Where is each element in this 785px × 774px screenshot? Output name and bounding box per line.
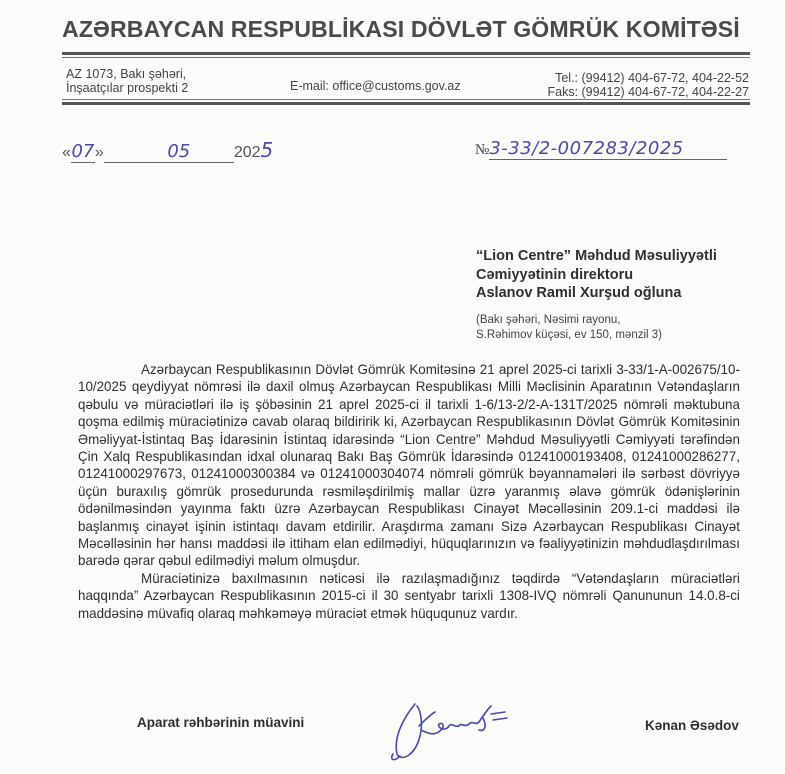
date-year-handwritten: 5 <box>261 138 274 162</box>
letter-body: Azərbaycan Respublikasının Dövlət Gömrük… <box>78 361 740 622</box>
header-rule-bottom-thin <box>62 99 750 100</box>
addressee-block: “Lion Centre” Məhdud Məsuliyyətli Cəmiyy… <box>476 247 717 303</box>
body-paragraph-2: Müraciətinizə baxılmasının nəticəsi ilə … <box>78 570 740 622</box>
header-rule-bottom-thick <box>62 102 750 105</box>
handwritten-signature-icon <box>375 696 525 771</box>
reference-value: 3-33/2-007283/2025 <box>489 138 683 159</box>
date-day-field: 07 <box>71 141 95 163</box>
phone-block: Tel.: (99412) 404-67-72, 404-22-52 Faks:… <box>547 71 749 99</box>
reference-field: 3-33/2-007283/2025 <box>489 138 727 160</box>
letter-date: «07»052025 <box>62 138 273 163</box>
addressee-company: “Lion Centre” Məhdud Məsuliyyətli <box>476 247 717 266</box>
date-close-quote: » <box>95 144 104 161</box>
addressee-name: Aslanov Ramil Xurşud oğluna <box>476 284 717 303</box>
reference-prefix: № <box>475 142 489 158</box>
letterhead-title: AZƏRBAYCAN RESPUBLİKASI DÖVLƏT GÖMRÜK KO… <box>62 16 740 43</box>
address-line-1: AZ 1073, Bakı şəhəri, <box>66 67 188 81</box>
email-text: E-mail: office@customs.gov.az <box>290 79 461 93</box>
body-paragraph-1: Azərbaycan Respublikasının Dövlət Gömrük… <box>78 361 740 570</box>
addressee-role: Cəmiyyətinin direktoru <box>476 266 717 285</box>
tel-line: Tel.: (99412) 404-67-72, 404-22-52 <box>547 71 749 85</box>
header-rule-top-thick <box>62 52 750 55</box>
date-month: 05 <box>167 141 190 162</box>
address-line-2: İnşaatçılar prospekti 2 <box>66 81 188 95</box>
addressee-address-line-1: (Bakı şəhəri, Nəsimi rayonu, <box>476 313 662 328</box>
header-rule-top-thin <box>62 57 750 58</box>
date-year-printed: 202 <box>234 144 261 161</box>
address-block: AZ 1073, Bakı şəhəri, İnşaatçılar prospe… <box>66 67 188 95</box>
signatory-name: Kənan Əsədov <box>645 718 739 733</box>
reference-number: №3-33/2-007283/2025 <box>475 138 727 160</box>
addressee-address: (Bakı şəhəri, Nəsimi rayonu, S.Rəhimov k… <box>476 313 662 343</box>
date-day: 07 <box>71 141 94 162</box>
addressee-address-line-2: S.Rəhimov küçəsi, ev 150, mənzil 3) <box>476 328 662 343</box>
date-month-field: 05 <box>104 141 234 163</box>
date-open-quote: « <box>62 144 71 161</box>
fax-line: Faks: (99412) 404-67-72, 404-22-27 <box>547 85 749 99</box>
signatory-position: Aparat rəhbərinin müavini <box>137 715 304 730</box>
